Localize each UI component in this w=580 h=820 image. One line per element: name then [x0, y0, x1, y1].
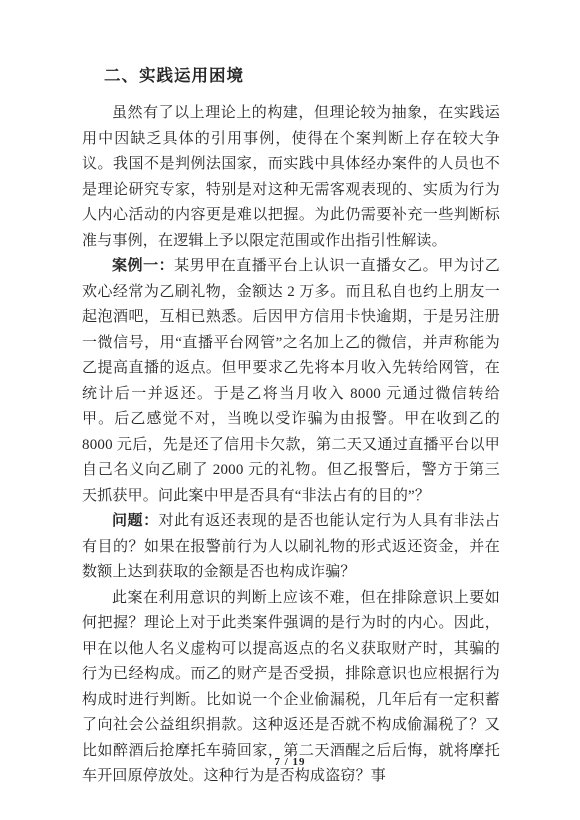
paragraph-question: 问题：对此有返还表现的是否也能认定行为人具有非法占有目的？如果在报警前行为人以刷… — [82, 509, 500, 586]
section-heading: 二、实践运用困境 — [104, 64, 500, 88]
paragraph-intro: 虽然有了以上理论上的构建，但理论较为抽象，在实践运用中因缺乏具体的引用事例，使得… — [82, 101, 500, 254]
paragraph-text: 虽然有了以上理论上的构建，但理论较为抽象，在实践运用中因缺乏具体的引用事例，使得… — [82, 105, 500, 249]
document-page: 二、实践运用困境 虽然有了以上理论上的构建，但理论较为抽象，在实践运用中因缺乏具… — [0, 0, 580, 820]
paragraph-text: 此案在利用意识的判断上应该不难，但在排除意识上要如何把握？理论上对于此类案件强调… — [82, 590, 500, 785]
paragraph-lead: 案例一： — [112, 258, 174, 274]
page-number: 7 / 19 — [0, 756, 580, 768]
paragraph-lead: 问题： — [112, 513, 159, 529]
paragraph-text: 某男甲在直播平台上认识一直播女乙。甲为讨乙欢心经常为乙刷礼物，金额达 2 万多。… — [82, 258, 500, 504]
paragraph-case-one: 案例一：某男甲在直播平台上认识一直播女乙。甲为讨乙欢心经常为乙刷礼物，金额达 2… — [82, 254, 500, 509]
